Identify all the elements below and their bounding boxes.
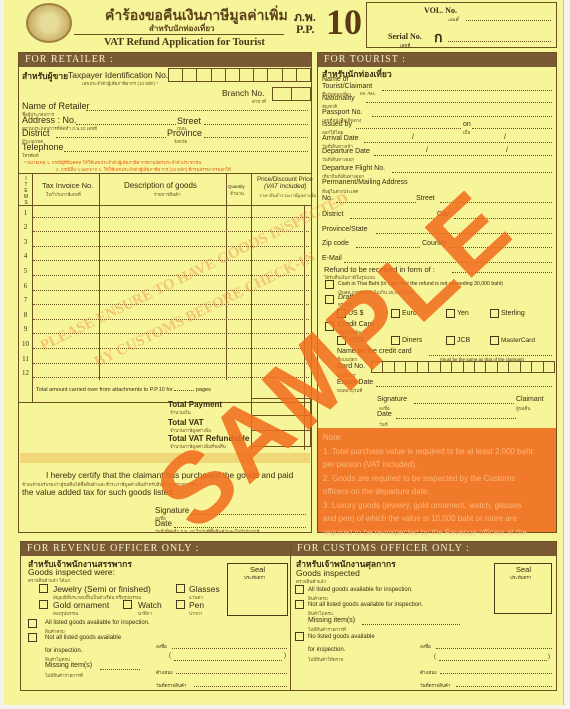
digit-box[interactable]	[296, 68, 311, 82]
note-line: 2. Goods are required to be inspected by…	[323, 472, 551, 486]
claimant-thai: ผู้ขอคืน	[516, 405, 531, 412]
form-number: 10	[326, 2, 362, 42]
customs-all-listed-checkbox[interactable]	[295, 585, 304, 594]
items-header-rule	[19, 205, 311, 206]
card-mastercard-label: MasterCard	[501, 337, 535, 344]
digit-box[interactable]	[239, 68, 254, 82]
customs-date-field[interactable]	[456, 686, 552, 687]
item-row-number: 4	[19, 252, 32, 260]
item-row-number: 5	[19, 267, 32, 275]
digit-box[interactable]	[196, 68, 211, 82]
departure-date-label: Departure Date	[322, 148, 370, 155]
departure-flight-field[interactable]	[392, 172, 552, 173]
gold-ornament-thai: ทองรูปพรรณ	[53, 610, 78, 617]
item-row-number: 9	[19, 325, 32, 333]
customs-not-all-label: Not all listed goods available for inspe…	[308, 602, 423, 608]
issued-on-label: on	[463, 121, 471, 128]
form-title: VAT Refund Application for Tourist	[104, 37, 265, 48]
arrival-date-field[interactable]	[364, 142, 552, 143]
card-jcb-label: JCB	[457, 337, 470, 344]
digit-box[interactable]	[211, 68, 226, 82]
revenue-goods-thai: ตรวจสินค้าแล้ว ได้แก่	[28, 577, 70, 584]
province-thai: จังหวัด	[174, 138, 187, 145]
digit-box[interactable]	[291, 87, 311, 101]
digit-box[interactable]	[282, 68, 297, 82]
retailer-thai-heading: สำหรับผู้ขาย	[22, 69, 68, 83]
passport-field[interactable]	[372, 116, 552, 117]
retailer-name-field[interactable]	[86, 110, 308, 111]
pen-checkbox[interactable]	[176, 600, 185, 609]
watch-thai: นาฬิกา	[138, 610, 152, 617]
province-label: Province	[167, 128, 202, 138]
revenue-missing-field[interactable]	[100, 669, 140, 670]
departure-date-field[interactable]	[374, 155, 552, 156]
note-line: officers on the departure date.	[323, 485, 551, 499]
col-price-thai: ราคาสินค้ารวมภาษีมูลค่าเพิ่ม	[259, 192, 316, 199]
item-row-number: 3	[19, 238, 32, 246]
customs-name-paren: (	[434, 654, 436, 660]
items-row-line	[33, 217, 309, 218]
tourist-signature-field[interactable]	[414, 403, 514, 404]
customs-goods-label: Goods inspected	[296, 568, 360, 578]
col-description: Description of goods	[124, 181, 197, 190]
note-line: required to be re-inspected by the Reven…	[323, 526, 551, 540]
customs-sign-field[interactable]	[436, 648, 552, 649]
item-row-number: 6	[19, 282, 32, 290]
serial-value: ก	[434, 27, 442, 49]
items-header: ITEMS	[22, 176, 30, 206]
customs-no-listed-label2: for inspection.	[308, 647, 345, 653]
item-row-number: 8	[19, 311, 32, 319]
jewelry-checkbox[interactable]	[39, 584, 48, 593]
glasses-label: Glasses	[189, 584, 220, 594]
col-price-sub: (VAT Included)	[264, 183, 307, 190]
col-description-thai: รายการสินค้า	[154, 191, 181, 198]
zip-code-label: Zip code	[322, 240, 349, 247]
customs-position-field[interactable]	[440, 673, 552, 674]
revenue-missing-thai: ไม่มีสินค้ารายการที่	[45, 672, 83, 679]
gold-ornament-label: Gold ornament	[53, 600, 109, 610]
vol-thai: เล่มที่	[448, 16, 458, 23]
issued-on-thai: เมื่อ	[463, 129, 470, 136]
revenue-sign-thai: ลงชื่อ	[156, 643, 167, 650]
permanent-address-label: Permanent/Mailing Address	[322, 179, 408, 186]
customs-not-all-thai: สินค้าไม่ครบ	[308, 610, 333, 617]
items-row-line	[33, 304, 309, 305]
total-payment-thai: จำนวนเงิน	[170, 409, 191, 416]
digit-box[interactable]	[267, 68, 282, 82]
col-tax-invoice: Tax Invoice No.	[42, 181, 93, 190]
customs-not-all-checkbox[interactable]	[295, 600, 304, 609]
item-row-number: 2	[19, 223, 32, 231]
form-code: P.P.	[296, 22, 314, 37]
branch-no-input[interactable]	[272, 87, 310, 101]
departure-flight-label: Departure Flight No.	[322, 165, 385, 172]
revenue-seal-thai: ประทับตรา	[244, 574, 265, 581]
customs-officer-title: FOR CUSTOMS OFFICER ONLY :	[291, 542, 556, 556]
departure-slash-2: /	[506, 147, 508, 154]
items-row-line	[33, 260, 309, 261]
customs-sign-thai: ลงชื่อ	[420, 643, 431, 650]
items-col-divider	[32, 173, 33, 402]
retailer-name-label: Name of Retailer	[22, 101, 90, 111]
revenue-not-all-label2: for inspection.	[45, 648, 82, 654]
customs-seal-label: Seal	[516, 565, 531, 574]
item-row-number: 10	[19, 340, 32, 348]
pages-count-field[interactable]	[174, 390, 194, 391]
watch-checkbox[interactable]	[123, 600, 132, 609]
note-line: 1. Total purchase value is required to b…	[323, 445, 551, 459]
note-line: 3. Luxury goods (jewelry, gold ornament,…	[323, 499, 551, 513]
tourist-date-thai: วันที่	[379, 421, 388, 428]
revenue-all-listed-checkbox[interactable]	[28, 619, 37, 628]
col-quantity-thai: จำนวน	[230, 190, 244, 197]
address-no-label: Address : No.	[22, 115, 77, 125]
serial-number-field[interactable]	[448, 41, 551, 42]
tourist-name-titles: Mr. /Ms.	[360, 91, 376, 96]
card-jcb-checkbox[interactable]	[446, 336, 455, 345]
revenue-date-thai: วันที่ตรวจสินค้า	[156, 682, 186, 689]
claimant-label: Claimant	[516, 396, 544, 403]
customs-missing-label: Missing item(s)	[308, 617, 355, 624]
card-name-field[interactable]	[429, 355, 552, 356]
revenue-all-listed-label: All listed goods available for inspectio…	[45, 620, 150, 626]
tourist-signature-label: Signature	[377, 396, 407, 403]
customs-all-listed-thai: สินค้าครบ	[308, 595, 328, 602]
customs-position-thai: ตำแหน่ง	[420, 669, 437, 676]
street-field[interactable]	[204, 124, 308, 125]
province-field[interactable]	[204, 137, 308, 138]
customs-no-listed-thai: ไม่มีสินค้าให้ตรวจ	[308, 656, 343, 663]
tax-id-input[interactable]	[168, 68, 310, 82]
note-lines: 1. Total purchase value is required to b…	[323, 445, 551, 553]
col-price: Price/Discount Price	[257, 176, 313, 183]
email-label: E-Mail	[322, 255, 342, 262]
jewelry-label: Jewelry (Semi or finished)	[53, 584, 151, 594]
retailer-date-label: Date	[155, 519, 172, 528]
header-divider	[74, 34, 284, 35]
vol-number-field[interactable]	[466, 20, 551, 21]
revenue-name-paren: (	[169, 653, 171, 659]
customs-name-paren-close: )	[548, 654, 550, 660]
card-mastercard-checkbox[interactable]	[490, 336, 499, 345]
carried-over-text: Total amount carried over from attachmen…	[36, 387, 173, 393]
retailer-section-title: FOR RETAILER :	[19, 53, 311, 67]
issued-by-label: Issued by	[322, 121, 352, 128]
telephone-label: Telephone	[22, 142, 64, 152]
tourist-date-field[interactable]	[396, 418, 516, 419]
vat-refund-form: คำร้องขอคืนเงินภาษีมูลค่าเพิ่ม สำหรับนัก…	[4, 0, 564, 705]
tourist-name-label2: Tourist/Claimant	[322, 83, 372, 90]
revenue-position-field[interactable]	[176, 673, 287, 674]
item-row-number: 1	[19, 209, 32, 217]
vol-label: VOL. No.	[424, 6, 457, 15]
revenue-date-field[interactable]	[194, 686, 287, 687]
arrival-slash-2: /	[504, 134, 506, 141]
district-label: District	[22, 128, 50, 138]
customs-date-thai: วันที่ตรวจสินค้า	[420, 682, 450, 689]
gold-ornament-checkbox[interactable]	[39, 600, 48, 609]
tourist-date-label: Date	[377, 411, 392, 418]
digit-box[interactable]	[225, 68, 240, 82]
tourist-section-title: FOR TOURIST :	[318, 53, 556, 67]
revenue-name-paren-close: )	[284, 653, 286, 659]
note-box: Note: 1. Total purchase value is require…	[318, 428, 556, 532]
customs-no-listed-label: No listed goods available	[308, 634, 375, 640]
customs-no-listed-checkbox[interactable]	[295, 632, 304, 641]
item-row-number: 12	[19, 369, 32, 377]
item-row-number: 7	[19, 296, 32, 304]
col-quantity: Quantity	[228, 184, 245, 189]
nationality-label: Nationality	[322, 95, 355, 102]
telephone-thai: โทรศัพท์	[22, 152, 39, 159]
customs-all-listed-label: All listed goods available for inspectio…	[308, 587, 413, 593]
digit-box[interactable]	[543, 361, 555, 373]
serial-thai: เลขที่	[400, 42, 410, 49]
revenue-position-thai: ตำแหน่ง	[156, 669, 173, 676]
digit-box[interactable]	[168, 68, 183, 82]
note-title: Note:	[323, 431, 551, 445]
note-line: and pen) of which the value is 10,000 ba…	[323, 512, 551, 526]
revenue-not-all-checkbox[interactable]	[28, 633, 37, 642]
pen-label: Pen	[189, 600, 204, 610]
revenue-sign-field[interactable]	[172, 648, 287, 649]
col-tax-invoice-thai: ใบกำกับภาษีเลขที่	[46, 191, 81, 198]
revenue-department-emblem	[26, 3, 72, 43]
currency-sterling-label: Sterling	[501, 310, 525, 317]
province-state-label: Province/State	[322, 226, 368, 233]
revenue-missing-label: Missing item(s)	[45, 662, 92, 669]
departure-slash-1: /	[426, 147, 428, 154]
customs-seal-thai: ประทับตรา	[510, 574, 531, 581]
currency-sterling-checkbox[interactable]	[490, 309, 499, 318]
customs-missing-field[interactable]	[362, 624, 460, 625]
retailer-footnote-1: * หมายเหตุ 1. กรณีผู้ที่มีบุคคล ให้ใช้เล…	[24, 159, 201, 166]
serial-label: Serial No.	[388, 32, 422, 41]
branch-thai: สาขาที่	[252, 98, 266, 105]
revenue-officer-title: FOR REVENUE OFFICER ONLY :	[21, 542, 290, 556]
district-field[interactable]	[56, 137, 166, 138]
arrival-date-label: Arrival Date	[322, 135, 359, 142]
revenue-name-field[interactable]	[174, 660, 282, 661]
tax-id-label: Taxpayer Identification No.	[68, 70, 168, 80]
tourist-name-label: Name of	[322, 76, 348, 83]
passport-label: Passport No.	[322, 109, 362, 116]
revenue-not-all-label: Not all listed goods available	[45, 635, 121, 641]
telephone-field[interactable]	[64, 151, 308, 152]
carried-over-label: Total amount carried over from attachmen…	[36, 387, 211, 393]
customs-name-field[interactable]	[439, 660, 547, 661]
note-line: per person (VAT included).	[323, 458, 551, 472]
revenue-all-listed-thai: สินค้าครบ	[45, 628, 65, 635]
item-row-number: 11	[19, 355, 32, 363]
pen-thai: ปากกา	[189, 610, 202, 617]
revenue-seal-label: Seal	[250, 565, 265, 574]
digit-box[interactable]	[253, 68, 268, 82]
issued-on-field[interactable]	[472, 128, 552, 129]
revenue-goods-label: Goods inspected were:	[28, 567, 115, 577]
glasses-checkbox[interactable]	[176, 584, 185, 593]
arrival-slash-1: /	[412, 134, 414, 141]
digit-box[interactable]	[182, 68, 197, 82]
expiry-date-field[interactable]	[376, 386, 552, 387]
retailer-footnote-2: 2. กรณีอื่น ๆ นอกจาก 1. ให้ใช้เลขประจำตั…	[56, 166, 231, 173]
watch-label: Watch	[138, 600, 162, 610]
departure-date-thai: วันที่เดินทางออก	[322, 156, 354, 163]
customs-missing-thai: ไม่มีสินค้ารายการที่	[308, 626, 346, 633]
branch-label: Branch No.	[222, 88, 265, 98]
carried-over-pages: pages	[196, 387, 211, 393]
tax-id-thai: เลขประจำตัวผู้เสียภาษีอากร (13 หลัก) *	[82, 80, 158, 87]
digit-box[interactable]	[272, 87, 292, 101]
nationality-field[interactable]	[366, 102, 552, 103]
customs-goods-thai: ตรวจสินค้าแล้ว	[296, 578, 326, 585]
issued-by-field[interactable]	[356, 128, 461, 129]
tourist-name-field[interactable]	[382, 90, 552, 91]
